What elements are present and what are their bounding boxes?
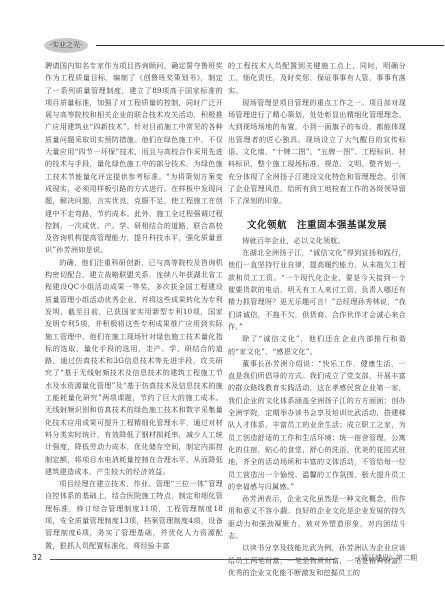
paragraph: 现场管理是项目管理的重点工作之一。项目部对现场管理进行了精心策划，处处彰显出精细… [228, 97, 406, 208]
paragraph: 除了“诚信文化”，他们还在企业内部推行和谐的“家文化”、“感恩文化”。 [228, 333, 406, 358]
section-heading: 文化领航 注重固本强基谋发展 [228, 220, 406, 232]
section-tag: ·实业之光· [44, 38, 88, 53]
page-footer: 32 《靖江建设》第二期 [32, 553, 417, 565]
page-header: ·实业之光· [44, 38, 444, 54]
paragraph: 项目经理在建立技术、作业、管理“三位一体”管理自控体系的基础上，结合医院施工特点… [45, 478, 223, 552]
paragraph: 聘请国内知名专家作为项目咨询顾问，确定誓夺鲁班奖作为工程质量目标，编制了《创鲁班… [45, 60, 223, 257]
header-rule [96, 45, 444, 46]
footer-rule [50, 559, 335, 560]
right-column: 的工程技术人员配置到关键施工点上，同时，明确分工，细化责任，及时奖惩，保证事事有… [228, 60, 406, 579]
paragraph: 孙芳洲表示，企业文化虽然是一种文化概念，但作用和意义不容小觑。良好的企业文化是企… [228, 493, 406, 542]
paragraph: 在湖北全洲扬子江，“诚信文化”得到宣扬和践行，他们一直坚持行业自律，提高履约能力… [228, 247, 406, 333]
paragraph: 的工程技术人员配置到关键施工点上，同时，明确分工，细化责任，及时奖惩，保证事事有… [228, 60, 406, 97]
page-number: 32 [32, 553, 42, 562]
paragraph: 董事长孙芳洲介绍说：“快乐工作，健康生活，一直是我们所倡导的方式。我们成立了党支… [228, 358, 406, 493]
paragraph: 的确，他们注重科研创新，已与高等院校及咨询机构密切配合，建立战略联盟关系，连续八… [45, 257, 223, 478]
paragraph: 铸就百年企业，必以文化领航。 [228, 235, 406, 247]
left-column: 聘请国内知名专家作为项目咨询顾问，确定誓夺鲁班奖作为工程质量目标，编制了《创鲁班… [45, 60, 223, 552]
journal-title: 《靖江建设》第二期 [354, 553, 417, 563]
